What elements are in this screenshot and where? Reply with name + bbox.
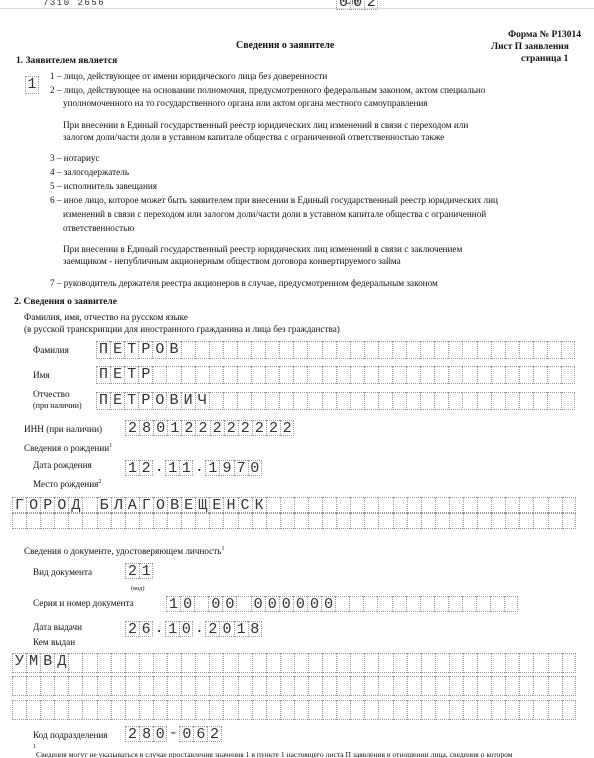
char-cell: Р bbox=[138, 341, 152, 359]
char-cell bbox=[251, 392, 265, 410]
char-cell: П bbox=[96, 341, 110, 359]
birth-place-label: Место рождения2 bbox=[33, 478, 101, 491]
char-cell bbox=[336, 676, 350, 696]
patronymic-field[interactable]: ПЕТРОВИЧ bbox=[96, 392, 575, 410]
char-cell bbox=[392, 596, 406, 612]
char-cell: 0 bbox=[265, 596, 279, 612]
char-cell bbox=[111, 513, 125, 529]
char-cell bbox=[519, 700, 533, 720]
option-6-cont: изменений в связи с переходом или залого… bbox=[63, 208, 486, 221]
issued-by-field-line3[interactable] bbox=[12, 700, 576, 720]
char-cell bbox=[463, 653, 477, 673]
char-cell bbox=[407, 676, 421, 696]
char-cell bbox=[435, 497, 449, 513]
char-cell bbox=[364, 341, 378, 359]
char-cell bbox=[392, 392, 406, 410]
char-cell bbox=[237, 392, 251, 410]
char-cell bbox=[406, 341, 420, 359]
char-cell bbox=[420, 596, 434, 612]
char-cell: Г bbox=[139, 497, 153, 513]
char-cell: 1 bbox=[234, 621, 248, 637]
char-cell bbox=[378, 700, 392, 720]
char-cell bbox=[561, 341, 575, 359]
char-cell bbox=[505, 366, 519, 384]
segment: 1970 bbox=[205, 460, 261, 476]
char-cell bbox=[209, 392, 223, 410]
char-cell bbox=[139, 653, 153, 673]
char-cell bbox=[476, 596, 490, 612]
char-cell bbox=[548, 513, 562, 529]
char-cell bbox=[181, 653, 195, 673]
char-cell bbox=[251, 366, 265, 384]
char-cell bbox=[68, 653, 82, 673]
section2-heading: 2. Сведения о заявителе bbox=[14, 297, 117, 307]
char-cell bbox=[392, 341, 406, 359]
char-cell: 8 bbox=[248, 621, 262, 637]
char-cell bbox=[462, 596, 476, 612]
char-cell bbox=[293, 392, 307, 410]
separator: . bbox=[193, 621, 205, 637]
char-cell bbox=[293, 366, 307, 384]
char-cell bbox=[139, 513, 153, 529]
char-cell bbox=[195, 513, 209, 529]
char-cell: 0 bbox=[179, 726, 193, 742]
char-cell: 8 bbox=[139, 726, 153, 742]
char-cell: 0 bbox=[179, 621, 193, 637]
char-cell bbox=[322, 653, 336, 673]
char-cell bbox=[167, 700, 181, 720]
char-cell: 1 bbox=[165, 621, 179, 637]
page-number-field: 002 bbox=[336, 0, 378, 10]
char-cell bbox=[308, 700, 322, 720]
char-cell bbox=[406, 366, 420, 384]
char-cell bbox=[533, 341, 547, 359]
char-cell: 0 bbox=[180, 596, 194, 612]
issue-date-label: Дата выдачи bbox=[33, 621, 82, 634]
char-cell bbox=[336, 366, 350, 384]
doc-type-label: Вид документа bbox=[33, 566, 92, 579]
char-cell bbox=[449, 653, 463, 673]
option-2-note-cont: залогом доли/части доли в уставном капит… bbox=[63, 131, 444, 144]
char-cell: 2 bbox=[224, 420, 238, 436]
char-cell bbox=[294, 700, 308, 720]
char-cell bbox=[266, 676, 280, 696]
char-cell bbox=[279, 366, 293, 384]
char-cell bbox=[97, 513, 111, 529]
issued-by-field-line2[interactable] bbox=[12, 676, 576, 696]
char-cell: О bbox=[152, 341, 166, 359]
issued-by-field[interactable]: УМВД bbox=[12, 653, 576, 673]
page-top-border bbox=[0, 8, 594, 9]
char-cell bbox=[195, 653, 209, 673]
char-cell bbox=[462, 392, 476, 410]
char-cell bbox=[152, 366, 166, 384]
char-cell bbox=[562, 497, 576, 513]
char-cell bbox=[322, 341, 336, 359]
char-cell bbox=[448, 596, 462, 612]
char-cell bbox=[223, 513, 237, 529]
char-cell: 2 bbox=[125, 563, 139, 579]
char-cell: О bbox=[54, 497, 68, 513]
char-cell bbox=[336, 653, 350, 673]
char-cell: 2 bbox=[139, 460, 153, 476]
char-cell bbox=[491, 366, 505, 384]
char-cell bbox=[477, 497, 491, 513]
char-cell bbox=[421, 653, 435, 673]
char-cell bbox=[561, 366, 575, 384]
char-cell: Р bbox=[138, 392, 152, 410]
char-cell bbox=[448, 366, 462, 384]
char-cell: Р bbox=[40, 497, 54, 513]
char-cell bbox=[434, 596, 448, 612]
char-cell bbox=[420, 366, 434, 384]
option-3: 3 – нотариус bbox=[50, 152, 100, 165]
char-cell: 1 bbox=[167, 420, 181, 436]
char-cell: В bbox=[166, 392, 180, 410]
char-cell bbox=[448, 341, 462, 359]
char-cell bbox=[491, 513, 505, 529]
char-cell bbox=[82, 497, 96, 513]
option-6-note: При внесении в Единый государственный ре… bbox=[63, 243, 462, 256]
char-cell bbox=[449, 700, 463, 720]
char-cell: П bbox=[96, 392, 110, 410]
char-cell bbox=[223, 653, 237, 673]
char-cell bbox=[364, 700, 378, 720]
char-cell bbox=[463, 700, 477, 720]
char-cell bbox=[434, 341, 448, 359]
char-cell bbox=[406, 596, 420, 612]
char-cell: 0 bbox=[307, 596, 321, 612]
char-cell: 0 bbox=[248, 460, 262, 476]
char-cell bbox=[252, 653, 266, 673]
char-cell bbox=[491, 700, 505, 720]
char-cell bbox=[547, 341, 561, 359]
char-cell bbox=[280, 653, 294, 673]
option-6-cont2: ответственностью bbox=[63, 222, 134, 235]
division-code-label: Код подразделения bbox=[33, 729, 108, 742]
char-cell bbox=[505, 513, 519, 529]
char-cell: 2 bbox=[207, 726, 221, 742]
birth-place-field[interactable]: ГОРОДБЛАГОВЕЩЕНСК bbox=[12, 497, 576, 513]
char-cell bbox=[294, 676, 308, 696]
separator: . bbox=[153, 460, 165, 476]
char-cell bbox=[533, 497, 547, 513]
char-cell bbox=[209, 700, 223, 720]
char-cell bbox=[322, 676, 336, 696]
patronymic-sublabel: (при наличии) bbox=[33, 400, 82, 413]
char-cell bbox=[68, 700, 82, 720]
char-cell bbox=[533, 513, 547, 529]
char-cell bbox=[350, 676, 364, 696]
char-cell bbox=[421, 497, 435, 513]
char-cell bbox=[223, 341, 237, 359]
char-cell: 0 bbox=[350, 0, 364, 10]
char-cell bbox=[238, 513, 252, 529]
char-cell bbox=[279, 341, 293, 359]
char-cell bbox=[393, 497, 407, 513]
char-cell bbox=[308, 513, 322, 529]
char-cell bbox=[562, 513, 576, 529]
char-cell bbox=[322, 392, 336, 410]
char-cell: 2 bbox=[125, 621, 139, 637]
char-cell bbox=[251, 341, 265, 359]
char-cell bbox=[195, 341, 209, 359]
char-cell: 7 bbox=[234, 460, 248, 476]
char-cell bbox=[364, 392, 378, 410]
char-cell bbox=[350, 700, 364, 720]
char-cell bbox=[26, 700, 40, 720]
char-cell bbox=[336, 341, 350, 359]
char-cell bbox=[223, 366, 237, 384]
char-cell bbox=[97, 676, 111, 696]
char-cell bbox=[280, 700, 294, 720]
char-cell bbox=[238, 676, 252, 696]
doc-number-field[interactable]: 1000000000 bbox=[166, 596, 518, 612]
char-cell: 6 bbox=[193, 726, 207, 742]
segment: 10 bbox=[165, 621, 193, 637]
issue-date-field[interactable]: 26.10.2018 bbox=[125, 621, 262, 637]
char-cell: 1 bbox=[166, 596, 180, 612]
option-6: 6 – иное лицо, которое может быть заявит… bbox=[50, 194, 498, 207]
char-cell bbox=[519, 366, 533, 384]
char-cell bbox=[181, 366, 195, 384]
char-cell bbox=[435, 676, 449, 696]
char-cell bbox=[97, 653, 111, 673]
char-cell bbox=[548, 676, 562, 696]
char-cell bbox=[421, 700, 435, 720]
char-cell bbox=[195, 700, 209, 720]
char-cell bbox=[533, 676, 547, 696]
char-cell bbox=[54, 513, 68, 529]
char-cell bbox=[280, 676, 294, 696]
char-cell: 2 bbox=[252, 420, 266, 436]
char-cell bbox=[435, 513, 449, 529]
char-cell bbox=[561, 392, 575, 410]
char-cell: 0 bbox=[219, 621, 233, 637]
char-cell bbox=[562, 676, 576, 696]
char-cell: Д bbox=[68, 497, 82, 513]
char-cell bbox=[463, 676, 477, 696]
char-cell bbox=[519, 653, 533, 673]
char-cell: Т bbox=[124, 366, 138, 384]
char-cell bbox=[393, 676, 407, 696]
char-cell: П bbox=[96, 366, 110, 384]
char-cell bbox=[294, 497, 308, 513]
sheet-page: страница 1 bbox=[521, 54, 568, 64]
char-cell bbox=[12, 700, 26, 720]
barcode-number: 7310 2656 bbox=[43, 0, 105, 8]
char-cell bbox=[294, 653, 308, 673]
char-cell bbox=[505, 341, 519, 359]
char-cell bbox=[477, 513, 491, 529]
birth-caption: Сведения о рождении1 bbox=[24, 442, 112, 455]
char-cell bbox=[181, 341, 195, 359]
char-cell bbox=[377, 596, 391, 612]
char-cell: О bbox=[152, 392, 166, 410]
char-cell bbox=[421, 513, 435, 529]
char-cell bbox=[462, 366, 476, 384]
char-cell bbox=[265, 341, 279, 359]
char-cell: Н bbox=[223, 497, 237, 513]
char-cell bbox=[491, 676, 505, 696]
char-cell: 2 bbox=[195, 420, 209, 436]
doc-type-hint: (код) bbox=[131, 583, 145, 596]
char-cell: 2 bbox=[238, 420, 252, 436]
char-cell bbox=[125, 653, 139, 673]
char-cell bbox=[167, 676, 181, 696]
char-cell bbox=[378, 497, 392, 513]
sheet-label: Лист П заявления bbox=[491, 42, 569, 52]
char-cell: Е bbox=[110, 392, 124, 410]
char-cell: Е bbox=[209, 497, 223, 513]
char-cell bbox=[82, 513, 96, 529]
char-cell bbox=[562, 653, 576, 673]
char-cell: 2 bbox=[364, 0, 378, 10]
doc-type-field[interactable]: 21 bbox=[125, 563, 153, 579]
char-cell bbox=[322, 366, 336, 384]
char-cell: 2 bbox=[181, 420, 195, 436]
char-cell bbox=[547, 366, 561, 384]
inn-field[interactable]: 280122222222 bbox=[125, 420, 294, 436]
char-cell bbox=[490, 596, 504, 612]
char-cell bbox=[68, 676, 82, 696]
char-cell bbox=[562, 700, 576, 720]
option-5: 5 – исполнитель завещания bbox=[50, 180, 157, 193]
char-cell bbox=[195, 366, 209, 384]
char-cell bbox=[491, 497, 505, 513]
char-cell bbox=[181, 700, 195, 720]
char-cell bbox=[435, 700, 449, 720]
char-cell bbox=[504, 596, 518, 612]
char-cell bbox=[548, 653, 562, 673]
char-cell bbox=[40, 676, 54, 696]
char-cell bbox=[336, 392, 350, 410]
birth-date-field[interactable]: 12.11.1970 bbox=[125, 460, 262, 476]
char-cell bbox=[477, 653, 491, 673]
char-cell bbox=[209, 653, 223, 673]
segment: 062 bbox=[179, 726, 221, 742]
char-cell: 1 bbox=[205, 460, 219, 476]
char-cell bbox=[463, 497, 477, 513]
char-cell bbox=[350, 513, 364, 529]
option-2: 2 – лицо, действующее на основании полно… bbox=[50, 84, 485, 97]
char-cell: О bbox=[153, 497, 167, 513]
doc-number-label: Серия и номер документа bbox=[33, 597, 134, 610]
char-cell bbox=[195, 676, 209, 696]
char-cell bbox=[435, 653, 449, 673]
char-cell bbox=[308, 497, 322, 513]
separator: - bbox=[167, 726, 179, 742]
char-cell bbox=[378, 366, 392, 384]
char-cell: 0 bbox=[222, 596, 236, 612]
char-cell: 0 bbox=[208, 596, 222, 612]
char-cell bbox=[505, 497, 519, 513]
char-cell bbox=[491, 653, 505, 673]
char-cell bbox=[153, 700, 167, 720]
char-cell bbox=[181, 676, 195, 696]
char-cell bbox=[82, 653, 96, 673]
char-cell bbox=[82, 676, 96, 696]
page-title: Сведения о заявителе bbox=[236, 40, 334, 51]
char-cell bbox=[166, 366, 180, 384]
option-2-note: При внесении в Единый государственный ре… bbox=[63, 119, 468, 132]
char-cell bbox=[125, 700, 139, 720]
surname-field[interactable]: ПЕТРОВ bbox=[96, 341, 575, 359]
char-cell bbox=[533, 700, 547, 720]
char-cell bbox=[505, 700, 519, 720]
char-cell: В bbox=[40, 653, 54, 673]
char-cell bbox=[336, 497, 350, 513]
fio-caption-note: (в русской транскрипции для иностранного… bbox=[24, 323, 340, 336]
char-cell: М bbox=[26, 653, 40, 673]
char-cell: Б bbox=[97, 497, 111, 513]
char-cell bbox=[349, 596, 363, 612]
char-cell: Е bbox=[110, 366, 124, 384]
char-cell: 2 bbox=[125, 420, 139, 436]
char-cell bbox=[167, 653, 181, 673]
char-cell bbox=[223, 676, 237, 696]
char-cell bbox=[378, 513, 392, 529]
char-cell bbox=[491, 341, 505, 359]
patronymic-label: Отчество bbox=[33, 388, 70, 401]
char-cell bbox=[393, 700, 407, 720]
name-field[interactable]: ПЕТР bbox=[96, 366, 575, 384]
segment: 11 bbox=[165, 460, 193, 476]
char-cell bbox=[335, 596, 349, 612]
char-cell bbox=[519, 497, 533, 513]
char-cell: 1 bbox=[25, 76, 39, 94]
char-cell: 2 bbox=[210, 420, 224, 436]
char-cell bbox=[223, 700, 237, 720]
char-cell bbox=[519, 513, 533, 529]
char-cell bbox=[463, 513, 477, 529]
char-cell bbox=[350, 366, 364, 384]
char-cell bbox=[392, 366, 406, 384]
char-cell bbox=[407, 513, 421, 529]
division-code-field[interactable]: 280-062 bbox=[125, 726, 222, 742]
char-cell: В bbox=[166, 341, 180, 359]
char-cell bbox=[378, 341, 392, 359]
char-cell bbox=[12, 513, 26, 529]
separator: . bbox=[153, 621, 165, 637]
char-cell bbox=[252, 513, 266, 529]
char-cell bbox=[308, 653, 322, 673]
char-cell bbox=[252, 676, 266, 696]
char-cell bbox=[407, 653, 421, 673]
char-cell bbox=[393, 653, 407, 673]
char-cell: А bbox=[125, 497, 139, 513]
char-cell bbox=[336, 700, 350, 720]
applicant-type-field[interactable]: 1 bbox=[25, 76, 39, 94]
char-cell: 0 bbox=[153, 726, 167, 742]
char-cell: К bbox=[252, 497, 266, 513]
char-cell bbox=[462, 341, 476, 359]
char-cell bbox=[477, 676, 491, 696]
char-cell bbox=[350, 653, 364, 673]
char-cell bbox=[477, 366, 491, 384]
char-cell: 1 bbox=[179, 460, 193, 476]
form-number: Форма № Р13014 bbox=[508, 30, 581, 40]
char-cell bbox=[265, 392, 279, 410]
char-cell bbox=[111, 700, 125, 720]
char-cell: 2 bbox=[280, 420, 294, 436]
option-4: 4 – залогодержатель bbox=[50, 166, 129, 179]
birth-place-field-line2[interactable] bbox=[12, 513, 576, 529]
char-cell bbox=[308, 676, 322, 696]
char-cell bbox=[125, 676, 139, 696]
char-cell bbox=[548, 497, 562, 513]
char-cell bbox=[167, 513, 181, 529]
